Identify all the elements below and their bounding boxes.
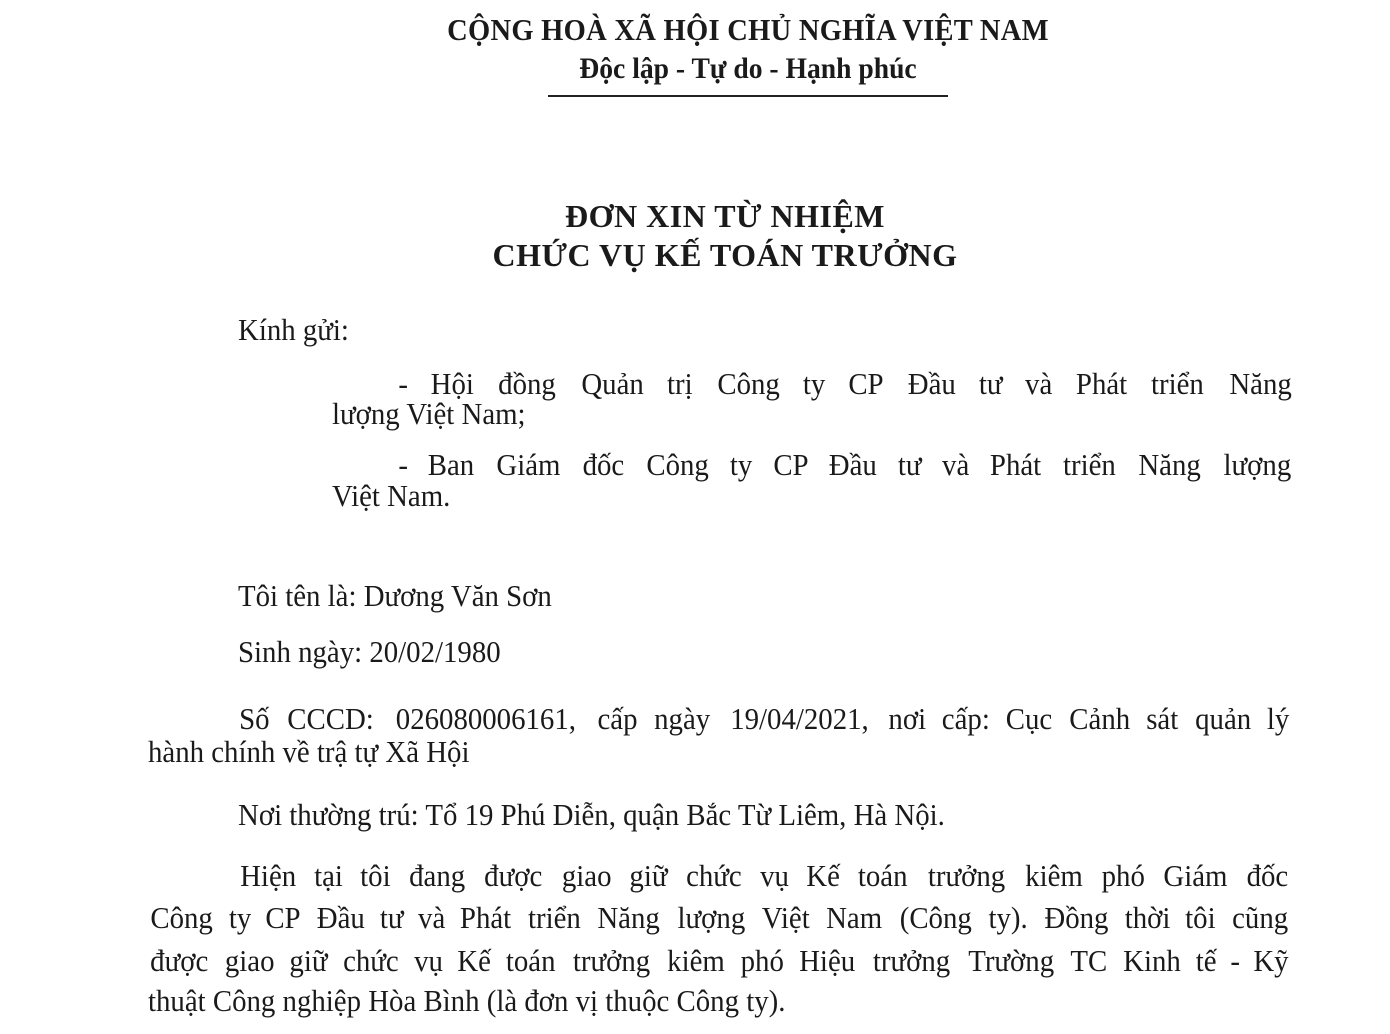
document-title-line-2: CHỨC VỤ KẾ TOÁN TRƯỞNG bbox=[0, 237, 1390, 274]
recipient-2-line-1: -BanGiámđốcCôngtyCPĐầutưvàPháttriểnNăngl… bbox=[398, 447, 1294, 483]
applicant-id-line-2: hành chính về trậ tự Xã Hội bbox=[148, 736, 469, 767]
body-line-4: thuật Công nghiệp Hòa Bình (là đơn vị th… bbox=[148, 985, 785, 1016]
body-line-2: CôngtyCPĐầutưvàPháttriểnNănglượngViệtNam… bbox=[148, 900, 1290, 936]
national-motto: Độc lập - Tự do - Hạnh phúc bbox=[60, 52, 1390, 86]
recipient-1-line-1: -HộiđồngQuảntrịCôngtyCPĐầutưvàPháttriểnN… bbox=[398, 366, 1294, 402]
motto-underline bbox=[548, 95, 948, 97]
applicant-address: Nơi thường trú: Tổ 19 Phú Diễn, quận Bắc… bbox=[238, 799, 945, 830]
applicant-id-line-1: SốCCCD:026080006161,cấpngày19/04/2021,nơ… bbox=[238, 701, 1290, 737]
document-title-line-1: ĐƠN XIN TỪ NHIỆM bbox=[0, 198, 1390, 235]
greeting: Kính gửi: bbox=[238, 314, 349, 345]
recipient-2-line-2: Việt Nam. bbox=[332, 480, 450, 511]
body-line-3: đượcgiaogiữchứcvụKếtoántrưởngkiêmphóHiệu… bbox=[148, 943, 1290, 979]
applicant-name: Tôi tên là: Dương Văn Sơn bbox=[238, 580, 552, 611]
applicant-dob: Sinh ngày: 20/02/1980 bbox=[238, 636, 501, 667]
national-title: CỘNG HOÀ XÃ HỘI CHỦ NGHĨA VIỆT NAM bbox=[60, 12, 1390, 48]
body-line-1: HiệntạitôiđangđượcgiaogiữchứcvụKếtoántrư… bbox=[238, 858, 1290, 894]
recipient-1-line-2: lượng Việt Nam; bbox=[332, 398, 526, 429]
